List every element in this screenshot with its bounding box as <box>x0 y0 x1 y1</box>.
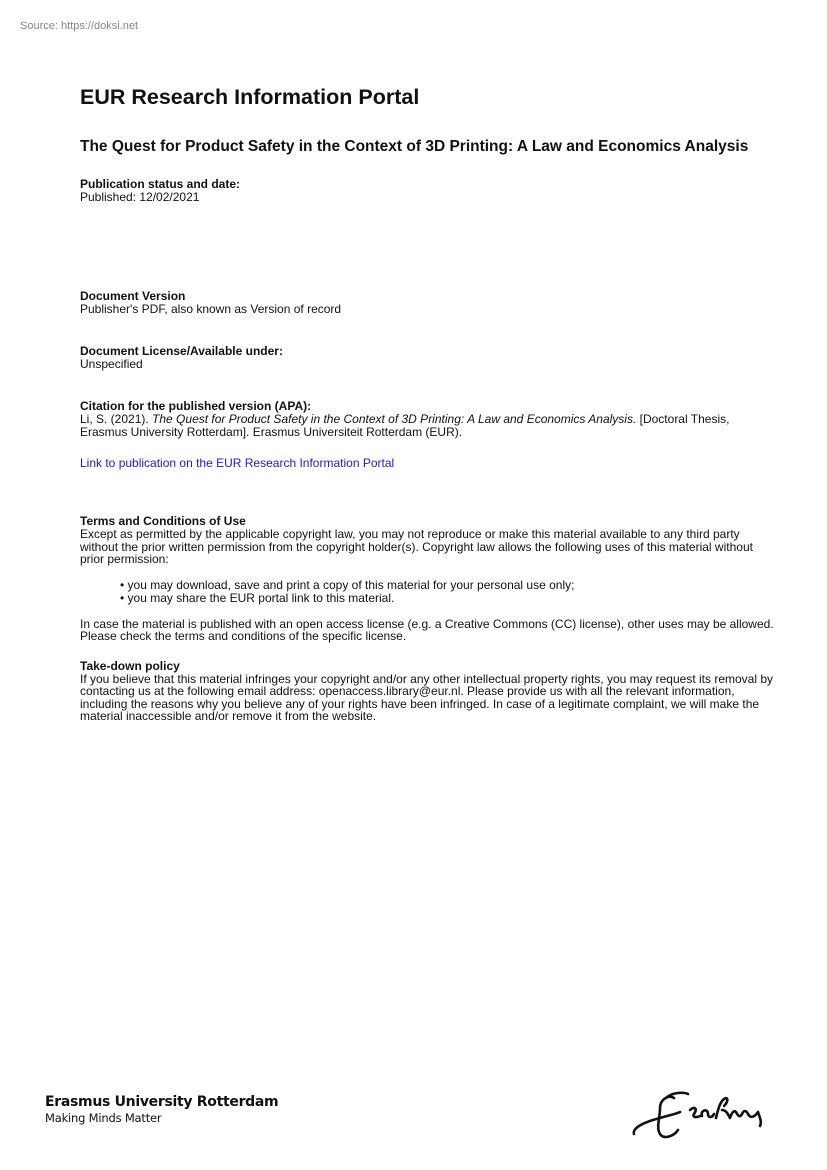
university-name: Erasmus University Rotterdam <box>45 1094 278 1111</box>
publication-section: Publication status and date: Published: … <box>80 178 780 204</box>
version-value: Publisher's PDF, also known as Version o… <box>80 303 780 316</box>
source-note: Source: https://doksi.net <box>20 20 138 32</box>
erasmus-signature-icon <box>630 1084 780 1144</box>
citation-prefix: Li, S. (2021). <box>80 412 152 426</box>
footer-branding: Erasmus University Rotterdam Making Mind… <box>45 1094 278 1125</box>
citation-title: The Quest for Product Safety in the Cont… <box>152 412 636 426</box>
document-body: EUR Research Information Portal The Ques… <box>80 84 780 723</box>
terms-intro: Except as permitted by the applicable co… <box>80 528 780 566</box>
terms-bullets: you may download, save and print a copy … <box>120 579 780 605</box>
portal-title: EUR Research Information Portal <box>80 84 780 110</box>
version-section: Document Version Publisher's PDF, also k… <box>80 290 780 316</box>
license-value: Unspecified <box>80 358 780 371</box>
document-title: The Quest for Product Safety in the Cont… <box>80 138 780 156</box>
citation-section: Citation for the published version (APA)… <box>80 400 780 439</box>
terms-section: Terms and Conditions of Use Except as pe… <box>80 515 780 642</box>
takedown-section: Take-down policy If you believe that thi… <box>80 660 780 723</box>
university-tagline: Making Minds Matter <box>45 1111 278 1125</box>
portal-link[interactable]: Link to publication on the EUR Research … <box>80 457 394 470</box>
license-section: Document License/Available under: Unspec… <box>80 345 780 371</box>
takedown-text: If you believe that this material infrin… <box>80 673 780 723</box>
terms-bullet: you may download, save and print a copy … <box>120 579 780 592</box>
publication-value: Published: 12/02/2021 <box>80 191 780 204</box>
takedown-label: Take-down policy <box>80 660 780 673</box>
terms-bullet: you may share the EUR portal link to thi… <box>120 592 780 605</box>
terms-outro: In case the material is published with a… <box>80 618 780 642</box>
citation-text: Li, S. (2021). The Quest for Product Saf… <box>80 413 780 439</box>
license-label: Document License/Available under: <box>80 345 780 358</box>
